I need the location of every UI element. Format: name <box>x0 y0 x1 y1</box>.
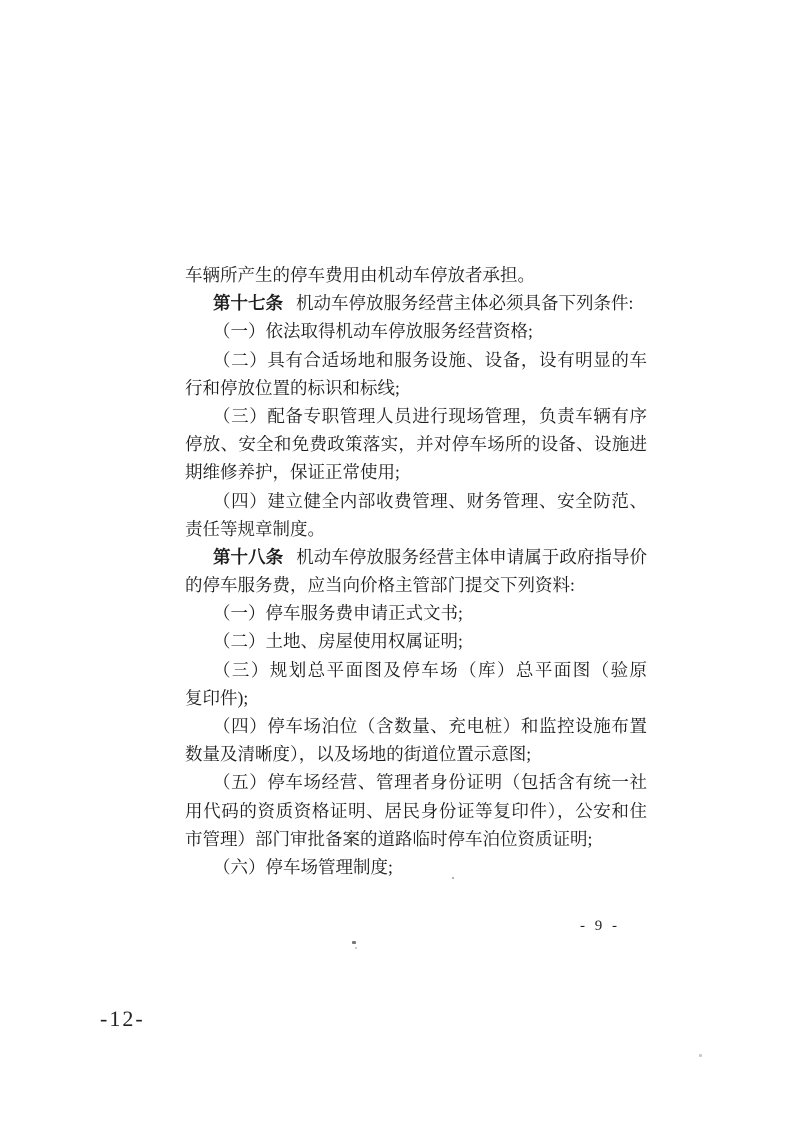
text-line: 市管理）部门审批备案的道路临时停车泊位资质证明; <box>185 825 647 853</box>
text-line: （二）土地、房屋使用权属证明; <box>185 627 647 655</box>
text-line: 期维修养护，保证正常使用; <box>185 458 647 486</box>
text-line: 车辆所产生的停车费用由机动车停放者承担。 <box>185 261 647 289</box>
text-block: 车辆所产生的停车费用由机动车停放者承担。第十七条机动车停放服务经营主体必须具备下… <box>185 261 647 881</box>
text-line: （六）停车场管理制度; <box>185 853 647 881</box>
scan-speck <box>699 1054 702 1057</box>
text-line: （五）停车场经营、管理者身份证明（包括含有统一社会信 <box>185 768 647 796</box>
text-line: 用代码的资质资格证明、居民身份证等复印件），公安和住建（城 <box>185 797 647 825</box>
text-line: 的停车服务费，应当向价格主管部门提交下列资料: <box>185 571 647 599</box>
scan-speck <box>355 947 357 949</box>
text-line: 行和停放位置的标识和标线; <box>185 374 647 402</box>
text-line: （一）停车服务费申请正式文书; <box>185 599 647 627</box>
text-line: 停放、安全和免费政策落实，并对停车场所的设备、设施进行定 <box>185 430 647 458</box>
text-line: （二）具有合适场地和服务设施、设备，设有明显的车辆通 <box>185 346 647 374</box>
page-number-outer: -12- <box>100 1006 145 1032</box>
scan-speck <box>352 941 356 944</box>
article-heading-line: 第十七条机动车停放服务经营主体必须具备下列条件: <box>185 289 647 317</box>
page-number-inner: - 9 - <box>580 918 620 935</box>
text-line: （四）建立健全内部收费管理、财务管理、安全防范、岗位 <box>185 487 647 515</box>
scan-speck <box>452 877 454 879</box>
scanned-document-page: 车辆所产生的停车费用由机动车停放者承担。第十七条机动车停放服务经营主体必须具备下… <box>0 0 793 1122</box>
text-line: （一）依法取得机动车停放服务经营资格; <box>185 317 647 345</box>
text-line: （四）停车场泊位（含数量、充电桩）和监控设施布置图（含 <box>185 712 647 740</box>
article-number: 第十七条 <box>213 293 283 313</box>
text-line: （三）配备专职管理人员进行现场管理，负责车辆有序行驶、 <box>185 402 647 430</box>
article-number: 第十八条 <box>213 547 283 567</box>
text-line: 复印件); <box>185 684 647 712</box>
text-line: 责任等规章制度。 <box>185 515 647 543</box>
text-line: （三）规划总平面图及停车场（库）总平面图（验原件、存 <box>185 656 647 684</box>
article-heading-line: 第十八条机动车停放服务经营主体申请属于政府指导价 <box>185 543 647 571</box>
text-line: 数量及清晰度），以及场地的街道位置示意图; <box>185 740 647 768</box>
